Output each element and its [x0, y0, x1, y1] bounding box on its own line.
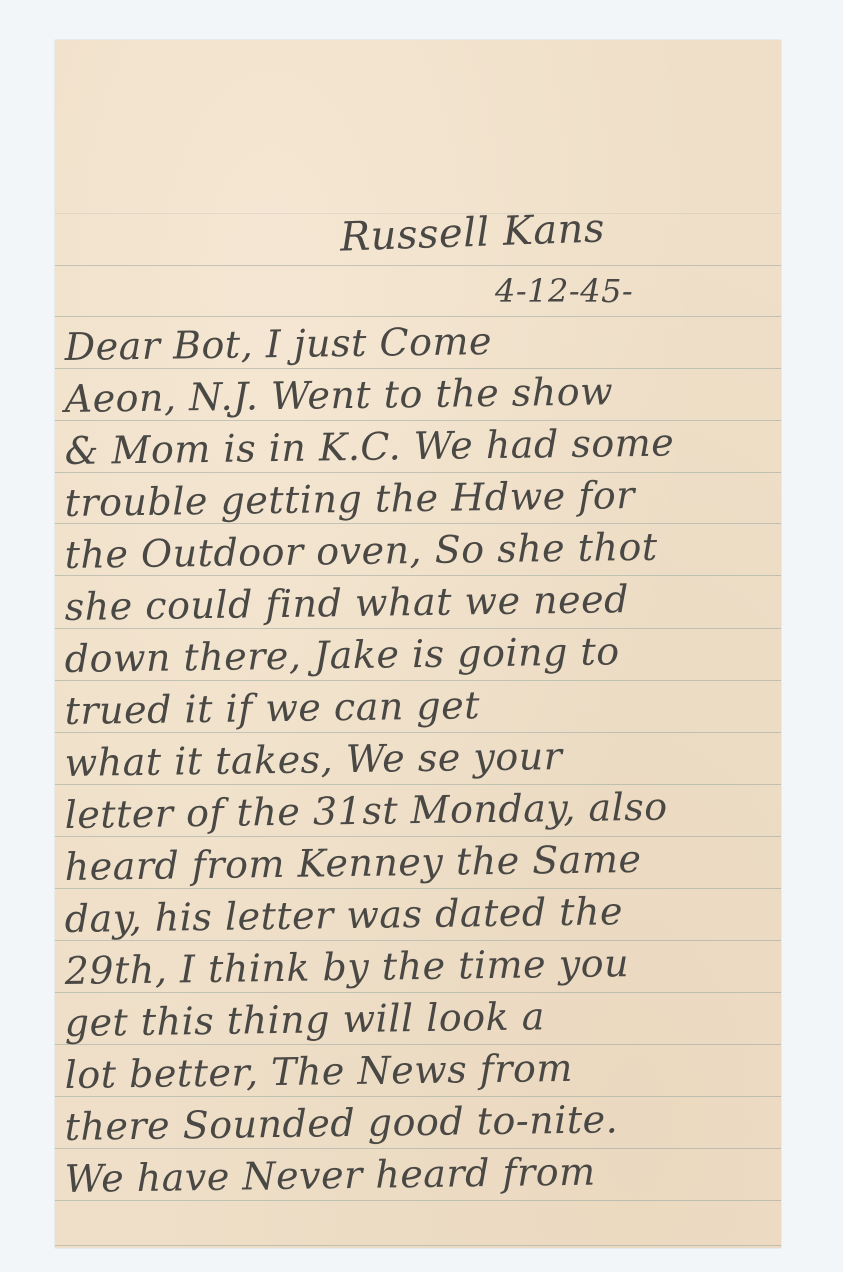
ruled-line [55, 368, 781, 369]
ruled-line [55, 472, 781, 473]
letter-place: Russell Kans [339, 205, 605, 260]
letter-paper: Russell Kans 4-12-45- Dear Bot, I just C… [55, 40, 781, 1248]
letter-line: & Mom is in K.C. We had some [64, 420, 674, 473]
ruled-line [55, 1096, 781, 1097]
ruled-line [55, 628, 781, 629]
ruled-line [55, 1245, 781, 1246]
letter-line: Dear Bot, I just Come [64, 319, 492, 369]
ruled-line [55, 680, 781, 681]
letter-line: 29th, I think by the time you [64, 941, 629, 993]
letter-line: lot better, The News from [64, 1046, 573, 1097]
letter-line: get this thing will look a [64, 994, 545, 1045]
letter-line: there Sounded good to-nite. [64, 1097, 618, 1149]
letter-line: the Outdoor oven, So she thot [64, 525, 657, 577]
letter-line: what it takes, We se your [64, 734, 562, 785]
ruled-line [55, 1044, 781, 1045]
ruled-line [55, 265, 781, 266]
letter-line: down there, Jake is going to [64, 629, 619, 681]
letter-line: she could find what we need [64, 577, 629, 629]
letter-line: trouble getting the Hdwe for [64, 473, 635, 525]
ruled-line [55, 1200, 781, 1201]
ruled-line [55, 888, 781, 889]
letter-line: We have Never heard from [64, 1150, 596, 1201]
ruled-line [55, 316, 781, 317]
ruled-line [55, 1148, 781, 1149]
ruled-line [55, 732, 781, 733]
ruled-line [55, 784, 781, 785]
letter-line: letter of the 31st Monday, also [64, 785, 668, 837]
letter-line: trued it if we can get [64, 683, 480, 733]
letter-line: Aeon, N.J. Went to the show [64, 369, 613, 421]
letter-line: heard from Kenney the Same [64, 837, 641, 889]
ruled-line [55, 940, 781, 941]
letter-date: 4-12-45- [495, 272, 633, 310]
letter-line: day, his letter was dated the [64, 889, 623, 941]
ruled-line [55, 836, 781, 837]
ruled-line [55, 992, 781, 993]
